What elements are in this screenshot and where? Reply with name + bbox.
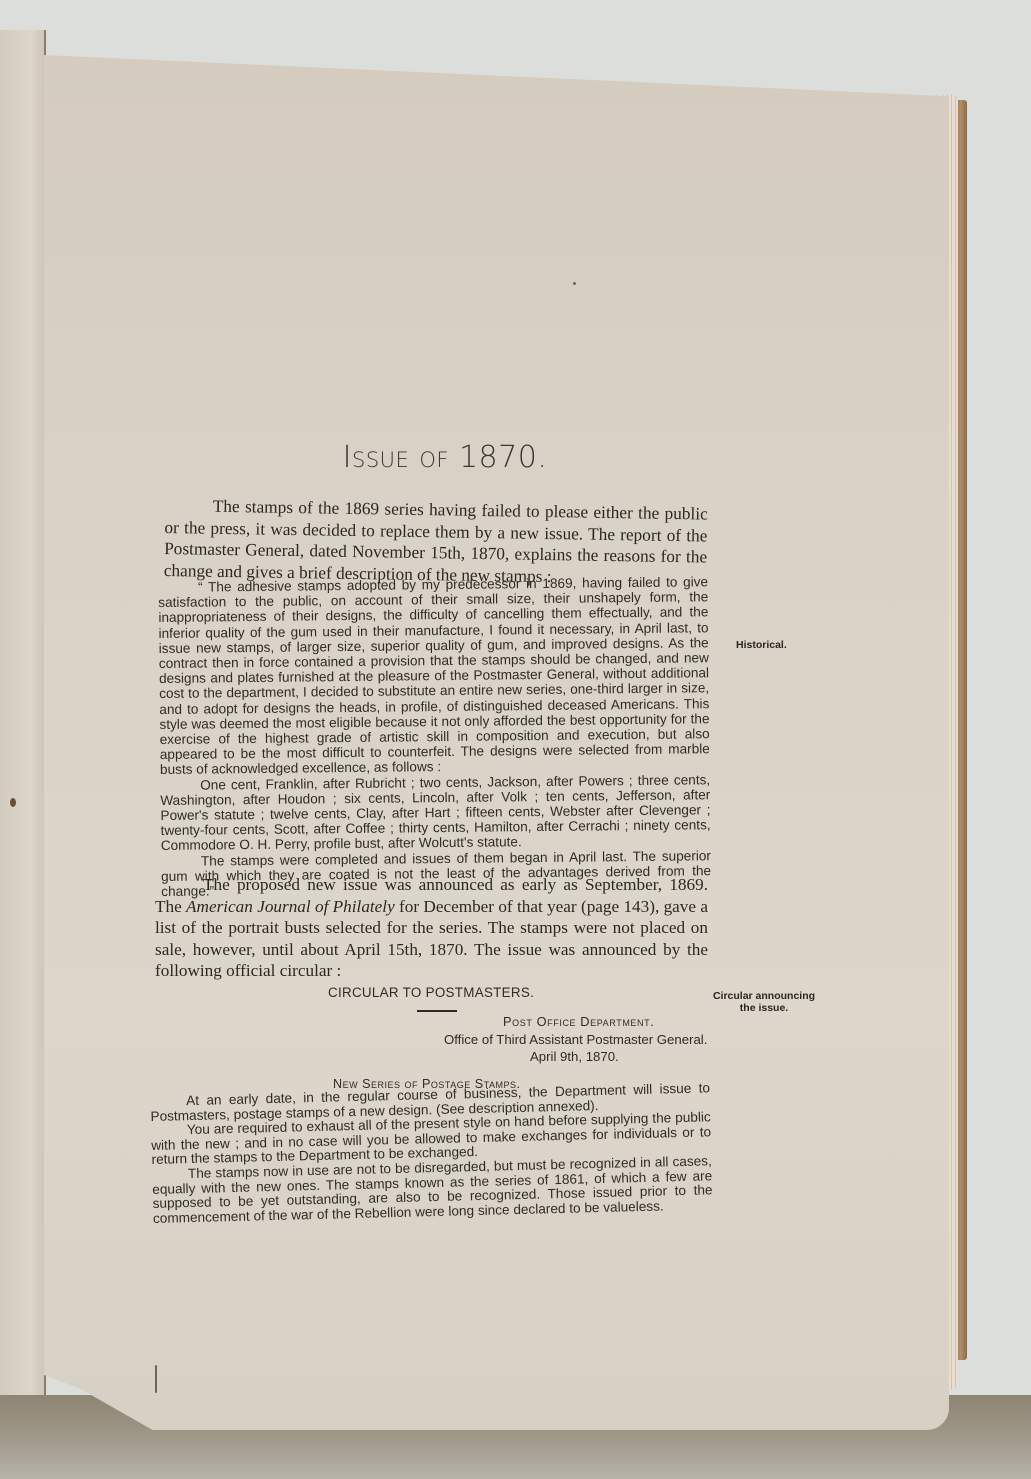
paper-mark xyxy=(155,1365,157,1393)
journal-title: American Journal of Philately xyxy=(186,897,395,916)
side-note-circular: Circular announcing the issue. xyxy=(708,990,820,1014)
left-page-edge xyxy=(0,30,46,1420)
heading-divider xyxy=(417,1010,457,1012)
department-name: Post Office Department. xyxy=(503,1014,654,1029)
announcement-paragraph: The proposed new issue was announced as … xyxy=(155,874,708,982)
postmaster-report-quote: “ The adhesive stamps adopted by my pred… xyxy=(158,574,711,899)
quote-paragraph-2: One cent, Franklin, after Rubricht ; two… xyxy=(160,772,711,854)
quote-paragraph-1: “ The adhesive stamps adopted by my pred… xyxy=(158,574,710,777)
side-note-circular-line1: Circular announcing xyxy=(708,990,820,1002)
stain-mark xyxy=(10,798,16,807)
side-note-historical: Historical. xyxy=(736,639,787,651)
paper-speck xyxy=(573,282,576,285)
circular-date: April 9th, 1870. xyxy=(530,1049,619,1064)
circular-body: At an early date, in the regular course … xyxy=(150,1081,713,1226)
side-note-circular-line2: the issue. xyxy=(708,1002,820,1014)
circular-heading: CIRCULAR TO POSTMASTERS. xyxy=(328,985,534,1000)
page-title: Issue of 1870. xyxy=(330,440,560,475)
office-name: Office of Third Assistant Postmaster Gen… xyxy=(444,1032,707,1047)
